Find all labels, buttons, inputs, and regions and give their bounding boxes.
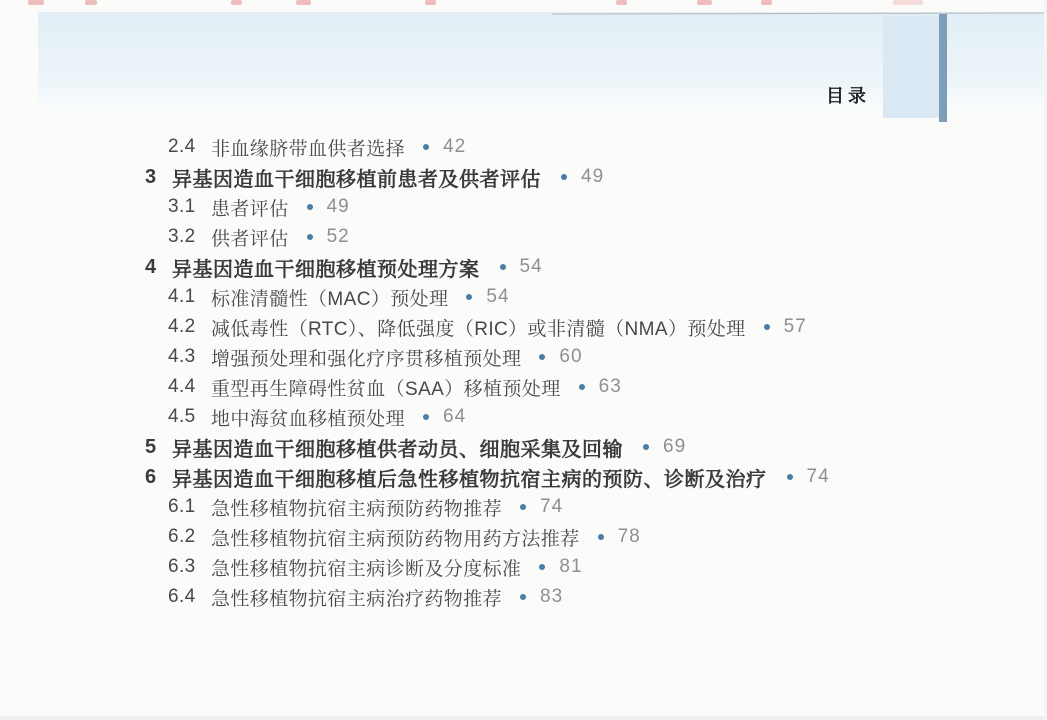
scan-mark (425, 0, 436, 5)
entry-page-number: 60 (559, 346, 582, 368)
entry-number: 6.1 (168, 496, 211, 518)
entry-number: 6.4 (168, 586, 211, 608)
dot-separator-icon (787, 474, 793, 480)
dot-separator-icon (423, 144, 429, 150)
entry-title: 急性移植物抗宿主病预防药物推荐 (211, 494, 502, 521)
scan-mark (761, 0, 772, 5)
scan-mark (28, 0, 44, 5)
entry-number: 6.3 (168, 556, 211, 578)
toc-entry-4-3: 4.3 增强预处理和强化疗序贯移植预处理 60 (168, 342, 830, 372)
toc-entry-4-4: 4.4 重型再生障碍性贫血（SAA）移植预处理 63 (168, 372, 830, 402)
entry-page-number: 74 (540, 496, 563, 518)
entry-page-number: 52 (327, 226, 350, 248)
toc-entry-6-4: 6.4 急性移植物抗宿主病治疗药物推荐 83 (168, 582, 830, 612)
toc-entry-6-3: 6.3 急性移植物抗宿主病诊断及分度标准 81 (168, 552, 830, 582)
toc-entry-6: 6 异基因造血干细胞移植后急性移植物抗宿主病的预防、诊断及治疗 74 (145, 462, 830, 492)
entry-title: 异基因造血干细胞移植供者动员、细胞采集及回输 (172, 433, 623, 462)
entry-page-number: 78 (618, 526, 641, 548)
scan-mark (893, 0, 923, 5)
scan-mark (85, 0, 97, 5)
entry-number: 4 (145, 256, 172, 279)
entry-number: 6 (145, 466, 172, 489)
toc-entry-3-1: 3.1 患者评估 49 (168, 192, 830, 222)
entry-title: 增强预处理和强化疗序贯移植预处理 (211, 344, 521, 371)
entry-number: 2.4 (168, 136, 211, 158)
toc-entry-6-2: 6.2 急性移植物抗宿主病预防药物用药方法推荐 78 (168, 522, 830, 552)
dot-separator-icon (579, 384, 585, 390)
dot-separator-icon (307, 204, 313, 210)
entry-number: 4.2 (168, 316, 211, 338)
entry-page-number: 69 (663, 436, 686, 458)
entry-number: 3.2 (168, 226, 211, 248)
entry-title: 患者评估 (211, 194, 289, 221)
entry-number: 4.3 (168, 346, 211, 368)
page-title: 目录 (826, 82, 870, 108)
entry-title: 减低毒性（RTC）、降低强度（RIC）或非清髓（NMA）预处理 (211, 314, 746, 341)
entry-number: 4.4 (168, 376, 211, 398)
entry-page-number: 64 (443, 406, 466, 428)
toc-entry-2-4: 2.4 非血缘脐带血供者选择 42 (168, 132, 830, 162)
entry-title: 急性移植物抗宿主病预防药物用药方法推荐 (211, 524, 580, 551)
dot-separator-icon (561, 174, 567, 180)
entry-title: 急性移植物抗宿主病治疗药物推荐 (211, 584, 502, 611)
entry-title: 急性移植物抗宿主病诊断及分度标准 (211, 554, 521, 581)
dot-separator-icon (643, 444, 649, 450)
toc-entry-4-1: 4.1 标准清髓性（MAC）预处理 54 (168, 282, 830, 312)
entry-page-number: 81 (559, 556, 582, 578)
scan-mark (296, 0, 311, 5)
dot-separator-icon (423, 414, 429, 420)
entry-title: 异基因造血干细胞移植前患者及供者评估 (172, 163, 541, 192)
entry-number: 4.5 (168, 406, 211, 428)
entry-page-number: 57 (784, 316, 807, 338)
toc-entry-3-2: 3.2 供者评估 52 (168, 222, 830, 252)
toc-entry-4-2: 4.2 减低毒性（RTC）、降低强度（RIC）或非清髓（NMA）预处理 57 (168, 312, 830, 342)
dot-separator-icon (539, 354, 545, 360)
entry-page-number: 74 (807, 466, 830, 488)
header-accent-bar (939, 14, 947, 122)
entry-page-number: 83 (540, 586, 563, 608)
entry-number: 3 (145, 166, 172, 189)
dot-separator-icon (466, 294, 472, 300)
toc-list: 2.4 非血缘脐带血供者选择 42 3 异基因造血干细胞移植前患者及供者评估 4… (145, 132, 830, 612)
dot-separator-icon (307, 234, 313, 240)
toc-entry-5: 5 异基因造血干细胞移植供者动员、细胞采集及回输 69 (145, 432, 830, 462)
entry-number: 4.1 (168, 286, 211, 308)
header-accent-block (883, 16, 939, 118)
entry-number: 6.2 (168, 526, 211, 548)
entry-title: 异基因造血干细胞移植预处理方案 (172, 253, 480, 282)
entry-title: 异基因造血干细胞移植后急性移植物抗宿主病的预防、诊断及治疗 (172, 463, 767, 492)
dot-separator-icon (764, 324, 770, 330)
entry-title: 标准清髓性（MAC）预处理 (211, 284, 448, 311)
scan-mark (231, 0, 242, 5)
entry-title: 地中海贫血移植预处理 (211, 404, 405, 431)
scan-mark (616, 0, 627, 5)
entry-title: 重型再生障碍性贫血（SAA）移植预处理 (211, 374, 561, 401)
entry-number: 3.1 (168, 196, 211, 218)
dot-separator-icon (520, 594, 526, 600)
toc-entry-6-1: 6.1 急性移植物抗宿主病预防药物推荐 74 (168, 492, 830, 522)
dot-separator-icon (520, 504, 526, 510)
entry-title: 非血缘脐带血供者选择 (211, 134, 405, 161)
entry-page-number: 42 (443, 136, 466, 158)
toc-entry-4: 4 异基因造血干细胞移植预处理方案 54 (145, 252, 830, 282)
scan-mark (697, 0, 712, 5)
dot-separator-icon (539, 564, 545, 570)
entry-page-number: 54 (486, 286, 509, 308)
toc-entry-4-5: 4.5 地中海贫血移植预处理 64 (168, 402, 830, 432)
entry-page-number: 49 (581, 166, 604, 188)
entry-page-number: 63 (599, 376, 622, 398)
entry-title: 供者评估 (211, 224, 289, 251)
entry-page-number: 49 (327, 196, 350, 218)
toc-entry-3: 3 异基因造血干细胞移植前患者及供者评估 49 (145, 162, 830, 192)
dot-separator-icon (598, 534, 604, 540)
dot-separator-icon (500, 264, 506, 270)
scan-edge-bottom (0, 716, 1047, 720)
entry-number: 5 (145, 436, 172, 459)
entry-page-number: 54 (520, 256, 543, 278)
